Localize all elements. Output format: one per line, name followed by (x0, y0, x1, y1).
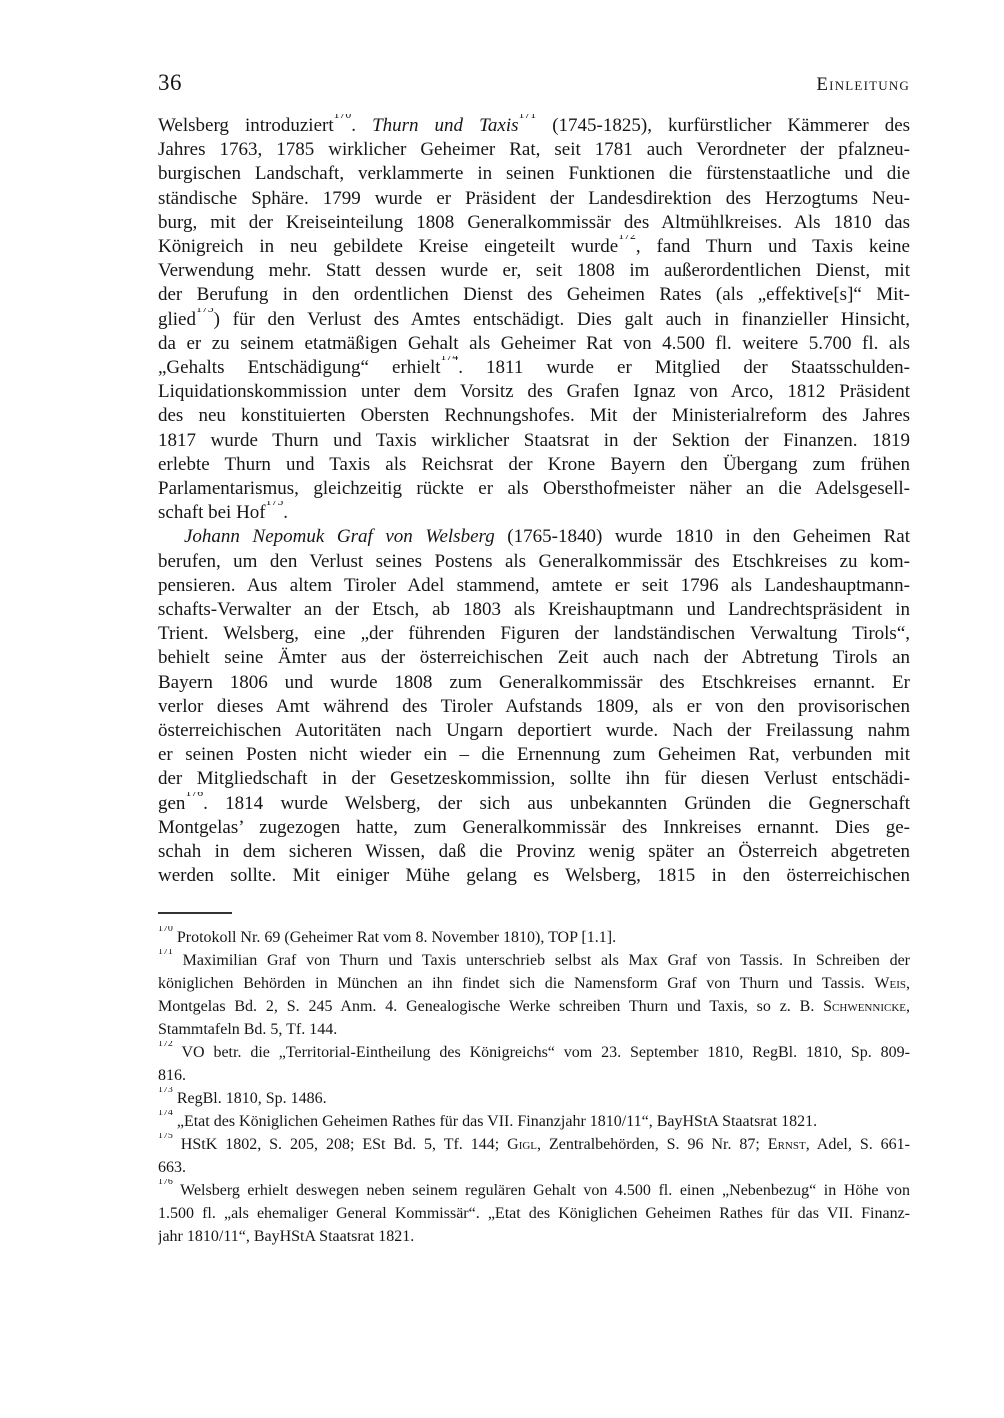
running-header: 36 Einleitung (158, 70, 910, 96)
text-line: 172 VO betr. die „Territorial-Eintheilun… (158, 1041, 910, 1064)
text-line: der Berufung in den ordentlichen Dienst … (158, 283, 910, 307)
text-line: verlor dieses Amt während des Tiroler Au… (158, 695, 910, 719)
text-line: pensieren. Aus altem Tiroler Adel stamme… (158, 574, 910, 598)
footnote-reference: 172 (158, 1041, 173, 1049)
text-segment: „Etat des Königlichen Geheimen Rathes fü… (173, 1113, 817, 1130)
smallcaps-text: Schwennicke (823, 998, 906, 1015)
footnote-reference: 176 (158, 1179, 173, 1187)
text-segment: der Berufung in den ordentlichen Dienst … (158, 284, 910, 305)
text-segment: ständische Sphäre. 1799 wurde er Präside… (158, 188, 910, 209)
text-segment: , Adel, S. 661- (806, 1136, 910, 1153)
text-segment: er seinen Posten nicht wieder ein – die … (158, 744, 910, 765)
text-segment: pensieren. Aus altem Tiroler Adel stamme… (158, 575, 910, 596)
text-segment: , fand Thurn und Taxis keine (636, 236, 910, 257)
text-segment: Montgelas Bd. 2, S. 245 Anm. 4. Genealog… (158, 998, 823, 1015)
text-segment: 1817 wurde Thurn und Taxis wirklicher St… (158, 430, 910, 451)
text-segment: Jahres 1763, 1785 wirklicher Geheimer Ra… (158, 139, 910, 160)
smallcaps-text: Gigl (507, 1136, 537, 1153)
footnote-reference: 173 (196, 308, 214, 315)
text-line: Verwendung mehr. Statt dessen wurde er, … (158, 259, 910, 283)
footnote-reference: 171 (158, 949, 173, 957)
text-segment: , (906, 975, 910, 992)
text-line: Liquidationskommission unter dem Vorsitz… (158, 380, 910, 404)
text-segment: Maximilian Graf von Thurn und Taxis unte… (173, 952, 910, 969)
footnote: 170 Protokoll Nr. 69 (Geheimer Rat vom 8… (158, 926, 910, 949)
text-line: Montgelas Bd. 2, S. 245 Anm. 4. Genealog… (158, 995, 910, 1018)
text-line: der Mitgliedschaft in der Gesetzeskommis… (158, 767, 910, 791)
text-segment: . (351, 115, 372, 136)
footnote-reference: 173 (158, 1087, 173, 1095)
text-line: glied173) für den Verlust des Amtes ents… (158, 308, 910, 332)
text-line: Montgelas’ zugezogen hatte, zum Generalk… (158, 816, 910, 840)
text-line: 176 Welsberg erhielt deswegen neben sein… (158, 1179, 910, 1202)
text-segment: Trient. Welsberg, eine „der führenden Fi… (158, 623, 910, 644)
text-segment: schafts-Verwalter an der Etsch, ab 1803 … (158, 599, 910, 620)
text-line: Jahres 1763, 1785 wirklicher Geheimer Ra… (158, 138, 910, 162)
footnote-reference: 176 (185, 792, 203, 799)
text-segment: Bayern 1806 und wurde 1808 zum Generalko… (158, 672, 910, 693)
text-segment: RegBl. 1810, Sp. 1486. (173, 1090, 327, 1107)
text-segment: . 1814 wurde Welsberg, der sich aus unbe… (203, 793, 910, 814)
text-segment: ) für den Verlust des Amtes entschädigt.… (214, 309, 910, 330)
text-segment: VO betr. die „Territorial-Eintheilung de… (173, 1044, 910, 1061)
text-line: Bayern 1806 und wurde 1808 zum Generalko… (158, 671, 910, 695)
text-segment: Welsberg erhielt deswegen neben seinem r… (173, 1182, 910, 1199)
text-segment: des neu konstituierten Obersten Rechnung… (158, 405, 910, 426)
text-segment: Welsberg introduziert (158, 115, 334, 136)
text-line: Parlamentarismus, gleichzeitig rückte er… (158, 477, 910, 501)
text-segment: (1745-1825), kurfürstlicher Kämmerer des (536, 115, 910, 136)
text-segment: jahr 1810/11“, BayHStA Staatsrat 1821. (158, 1228, 414, 1245)
body-text: Welsberg introduziert170. Thurn und Taxi… (158, 114, 910, 889)
text-segment: königlichen Behörden in München an ihn f… (158, 975, 874, 992)
text-line: burgischen Landschaft, verklammerte in s… (158, 162, 910, 186)
text-line: Johann Nepomuk Graf von Welsberg (1765-1… (158, 525, 910, 549)
text-segment: „Gehalts Entschädigung“ erhielt (158, 357, 441, 378)
text-segment: behielt seine Ämter aus der österreichis… (158, 647, 910, 668)
text-line: burg, mit der Kreiseinteilung 1808 Gener… (158, 211, 910, 235)
footnote-reference: 174 (441, 356, 459, 363)
footnote-reference: 174 (158, 1110, 173, 1118)
footnote-reference: 170 (334, 114, 352, 121)
text-segment: österreichischen Autoritäten nach Ungarn… (158, 720, 910, 741)
text-segment: Königreich in neu gebildete Kreise einge… (158, 236, 618, 257)
text-segment: schaft bei Hof (158, 502, 266, 523)
text-segment: burgischen Landschaft, verklammerte in s… (158, 163, 910, 184)
text-line: 816. (158, 1064, 910, 1087)
text-line: Trient. Welsberg, eine „der führenden Fi… (158, 622, 910, 646)
footnote-reference: 175 (266, 501, 284, 508)
text-segment: , (906, 998, 910, 1015)
text-line: 170 Protokoll Nr. 69 (Geheimer Rat vom 8… (158, 926, 910, 949)
text-segment: Protokoll Nr. 69 (Geheimer Rat vom 8. No… (173, 929, 616, 946)
text-segment: 816. (158, 1067, 186, 1084)
text-line: 173 RegBl. 1810, Sp. 1486. (158, 1087, 910, 1110)
text-segment: da er zu seinem etatmäßigen Gehalt als G… (158, 333, 910, 354)
text-segment: , Zentralbehörden, S. 96 Nr. 87; (537, 1136, 768, 1153)
text-line: schah in dem sicheren Wissen, daß die Pr… (158, 840, 910, 864)
text-line: gen176. 1814 wurde Welsberg, der sich au… (158, 792, 910, 816)
text-line: schafts-Verwalter an der Etsch, ab 1803 … (158, 598, 910, 622)
footnote-reference: 171 (519, 114, 537, 121)
text-segment: Liquidationskommission unter dem Vorsitz… (158, 381, 910, 402)
smallcaps-text: Weis (874, 975, 906, 992)
text-line: 1817 wurde Thurn und Taxis wirklicher St… (158, 429, 910, 453)
text-segment: HStK 1802, S. 205, 208; ESt Bd. 5, Tf. 1… (173, 1136, 507, 1153)
smallcaps-text: Ernst (768, 1136, 806, 1153)
book-page: 36 Einleitung Welsberg introduziert170. … (0, 0, 1004, 1418)
footnote: 171 Maximilian Graf von Thurn und Taxis … (158, 949, 910, 1041)
text-line: ständische Sphäre. 1799 wurde er Präside… (158, 187, 910, 211)
text-line: er seinen Posten nicht wieder ein – die … (158, 743, 910, 767)
footnote: 176 Welsberg erhielt deswegen neben sein… (158, 1179, 910, 1248)
footnote-reference: 170 (158, 926, 173, 934)
footnote: 175 HStK 1802, S. 205, 208; ESt Bd. 5, T… (158, 1133, 910, 1179)
footnote: 172 VO betr. die „Territorial-Eintheilun… (158, 1041, 910, 1087)
text-segment: der Mitgliedschaft in der Gesetzeskommis… (158, 768, 910, 789)
text-segment: verlor dieses Amt während des Tiroler Au… (158, 696, 910, 717)
text-segment: Verwendung mehr. Statt dessen wurde er, … (158, 260, 910, 281)
text-line: königlichen Behörden in München an ihn f… (158, 972, 910, 995)
italic-text: Thurn und Taxis (372, 115, 518, 136)
text-line: Welsberg introduziert170. Thurn und Taxi… (158, 114, 910, 138)
running-head-title: Einleitung (816, 74, 910, 96)
text-segment: . (283, 502, 288, 523)
footnote-separator (158, 912, 232, 914)
text-line: erlebte Thurn und Taxis als Reichsrat de… (158, 453, 910, 477)
paragraph: Welsberg introduziert170. Thurn und Taxi… (158, 114, 910, 525)
text-segment: Montgelas’ zugezogen hatte, zum Generalk… (158, 817, 910, 838)
text-segment: . 1811 wurde er Mitglied der Staatsschul… (458, 357, 910, 378)
text-line: behielt seine Ämter aus der österreichis… (158, 646, 910, 670)
text-line: Königreich in neu gebildete Kreise einge… (158, 235, 910, 259)
text-segment: 663. (158, 1159, 186, 1176)
text-line: 663. (158, 1156, 910, 1179)
text-line: des neu konstituierten Obersten Rechnung… (158, 404, 910, 428)
text-segment: Stammtafeln Bd. 5, Tf. 144. (158, 1021, 337, 1038)
text-line: jahr 1810/11“, BayHStA Staatsrat 1821. (158, 1225, 910, 1248)
footnotes: 170 Protokoll Nr. 69 (Geheimer Rat vom 8… (158, 926, 910, 1248)
text-segment: 1.500 fl. „als ehemaliger General Kommis… (158, 1205, 910, 1222)
paragraph: Johann Nepomuk Graf von Welsberg (1765-1… (158, 525, 910, 888)
text-line: 174 „Etat des Königlichen Geheimen Rathe… (158, 1110, 910, 1133)
text-segment: erlebte Thurn und Taxis als Reichsrat de… (158, 454, 910, 475)
text-line: 175 HStK 1802, S. 205, 208; ESt Bd. 5, T… (158, 1133, 910, 1156)
text-line: schaft bei Hof175. (158, 501, 910, 525)
text-line: 1.500 fl. „als ehemaliger General Kommis… (158, 1202, 910, 1225)
text-segment: gen (158, 793, 185, 814)
text-segment: (1765-1840) wurde 1810 in den Geheimen R… (495, 526, 910, 547)
text-segment: berufen, um den Verlust seines Postens a… (158, 551, 910, 572)
text-segment: glied (158, 309, 196, 330)
text-line: werden sollte. Mit einiger Mühe gelang e… (158, 864, 910, 888)
text-line: österreichischen Autoritäten nach Ungarn… (158, 719, 910, 743)
text-segment: Parlamentarismus, gleichzeitig rückte er… (158, 478, 910, 499)
footnote: 173 RegBl. 1810, Sp. 1486. (158, 1087, 910, 1110)
text-line: 171 Maximilian Graf von Thurn und Taxis … (158, 949, 910, 972)
page-number: 36 (158, 70, 182, 96)
text-segment: schah in dem sicheren Wissen, daß die Pr… (158, 841, 910, 862)
italic-text: Johann Nepomuk Graf von Welsberg (184, 526, 495, 547)
text-line: „Gehalts Entschädigung“ erhielt174. 1811… (158, 356, 910, 380)
text-line: berufen, um den Verlust seines Postens a… (158, 550, 910, 574)
footnote-reference: 172 (618, 235, 636, 242)
footnote: 174 „Etat des Königlichen Geheimen Rathe… (158, 1110, 910, 1133)
text-segment: werden sollte. Mit einiger Mühe gelang e… (158, 865, 910, 886)
text-line: Stammtafeln Bd. 5, Tf. 144. (158, 1018, 910, 1041)
text-segment: burg, mit der Kreiseinteilung 1808 Gener… (158, 212, 910, 233)
footnote-reference: 175 (158, 1133, 173, 1141)
text-line: da er zu seinem etatmäßigen Gehalt als G… (158, 332, 910, 356)
